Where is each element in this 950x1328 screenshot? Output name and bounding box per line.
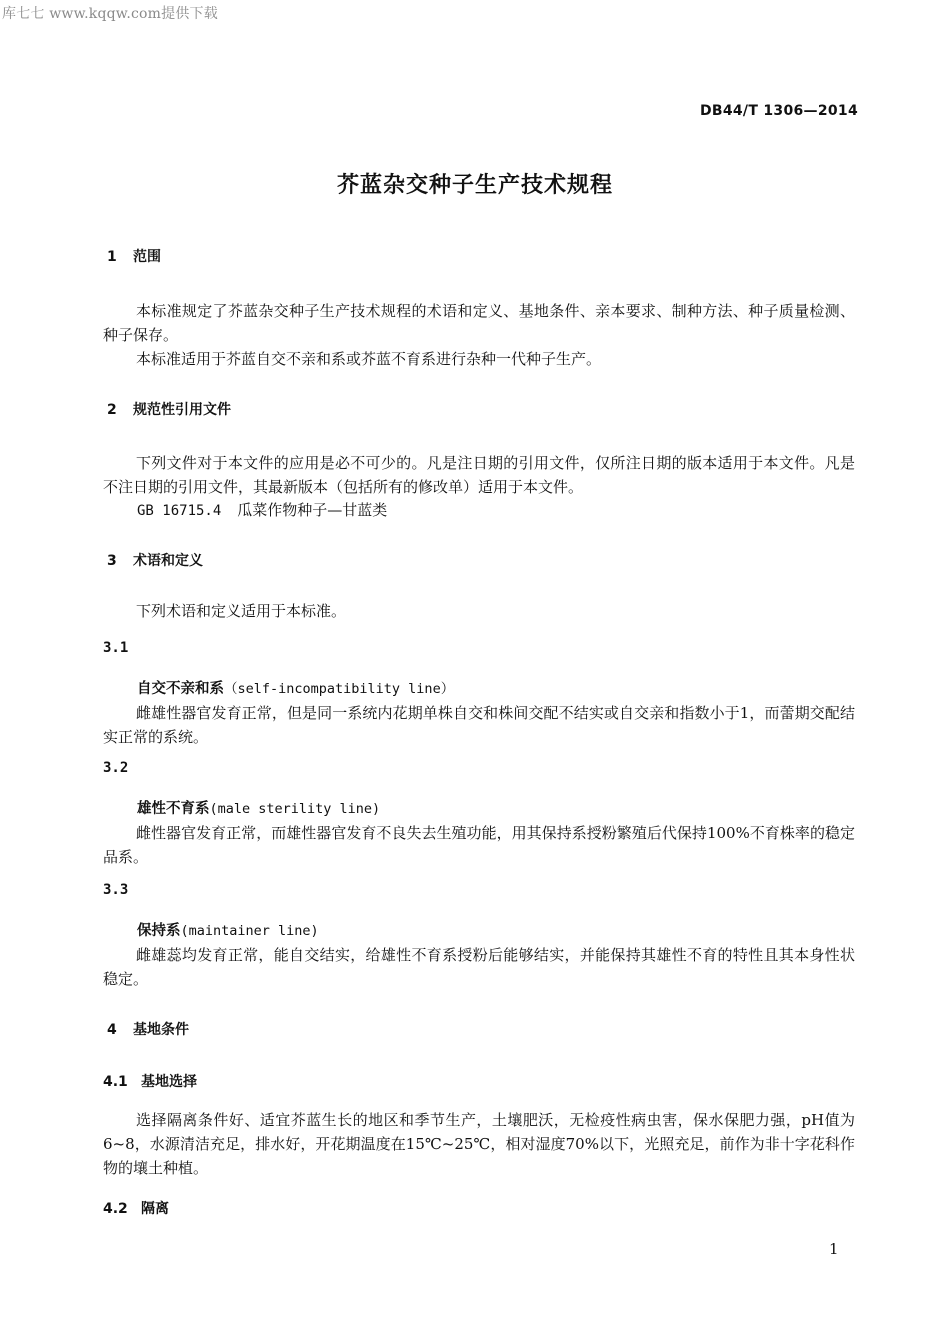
section-heading-base-conditions: 4基地条件 bbox=[107, 1019, 189, 1039]
watermark-text: 库七七 www.kqqw.com提供下载 bbox=[2, 3, 218, 23]
section-title: 范围 bbox=[133, 249, 161, 265]
section-number: 4 bbox=[107, 1022, 133, 1038]
document-code: DB44/T 1306—2014 bbox=[700, 103, 858, 119]
paragraph: 本标准规定了芥蓝杂交种子生产技术规程的术语和定义、基地条件、亲本要求、制种方法、… bbox=[103, 299, 855, 347]
term-definition: 雌雄性器官发育正常，但是同一系统内花期单株自交和株间交配不结实或自交亲和指数小于… bbox=[103, 701, 855, 749]
reference-code: GB 16715.4 bbox=[137, 503, 221, 519]
term-heading: 雄性不育系(male sterility line) bbox=[137, 797, 380, 818]
section-heading-normative-references: 2规范性引用文件 bbox=[107, 399, 231, 419]
paragraph: 下列文件对于本文件的应用是必不可少的。凡是注日期的引用文件，仅所注日期的版本适用… bbox=[103, 451, 855, 499]
term-number: 3.1 bbox=[103, 640, 128, 656]
term-chinese: 雄性不育系 bbox=[137, 801, 210, 817]
term-definition: 雌雄蕊均发育正常，能自交结实，给雄性不育系授粉后能够结实，并能保持其雄性不育的特… bbox=[103, 943, 855, 991]
term-english: （self-incompatibility line） bbox=[224, 681, 454, 697]
page-number: 1 bbox=[829, 1240, 839, 1258]
term-english: (male sterility line) bbox=[210, 801, 381, 817]
subsection-title: 隔离 bbox=[141, 1201, 169, 1217]
term-definition: 雌性器官发育正常，而雄性器官发育不良失去生殖功能，用其保持系授粉繁殖后代保持10… bbox=[103, 821, 855, 869]
subsection-heading-isolation: 4.2隔离 bbox=[103, 1198, 169, 1218]
subsection-number: 4.1 bbox=[103, 1074, 141, 1090]
reference-item: GB 16715.4瓜菜作物种子—甘蓝类 bbox=[137, 499, 387, 520]
paragraph: 本标准适用于芥蓝自交不亲和系或芥蓝不育系进行杂种一代种子生产。 bbox=[103, 347, 855, 371]
subsection-number: 4.2 bbox=[103, 1201, 141, 1217]
section-title: 术语和定义 bbox=[133, 553, 203, 569]
section-number: 2 bbox=[107, 402, 133, 418]
term-chinese: 保持系 bbox=[137, 923, 181, 939]
term-heading: 保持系(maintainer line) bbox=[137, 919, 319, 940]
term-number: 3.3 bbox=[103, 882, 128, 898]
section-number: 3 bbox=[107, 553, 133, 569]
section-heading-scope: 1范围 bbox=[107, 246, 161, 266]
subsection-heading-base-selection: 4.1基地选择 bbox=[103, 1071, 197, 1091]
term-heading: 自交不亲和系（self-incompatibility line） bbox=[137, 677, 454, 698]
reference-title: 瓜菜作物种子—甘蓝类 bbox=[237, 501, 387, 519]
section-number: 1 bbox=[107, 249, 133, 265]
term-english: (maintainer line) bbox=[181, 923, 319, 939]
section-title: 基地条件 bbox=[133, 1022, 189, 1038]
paragraph: 选择隔离条件好、适宜芥蓝生长的地区和季节生产，土壤肥沃，无检疫性病虫害，保水保肥… bbox=[103, 1108, 855, 1180]
section-heading-terms: 3术语和定义 bbox=[107, 550, 203, 570]
subsection-title: 基地选择 bbox=[141, 1074, 197, 1090]
term-number: 3.2 bbox=[103, 760, 128, 776]
section-title: 规范性引用文件 bbox=[133, 402, 231, 418]
term-chinese: 自交不亲和系 bbox=[137, 681, 224, 697]
paragraph: 下列术语和定义适用于本标准。 bbox=[103, 599, 855, 623]
page-title: 芥蓝杂交种子生产技术规程 bbox=[0, 168, 950, 199]
